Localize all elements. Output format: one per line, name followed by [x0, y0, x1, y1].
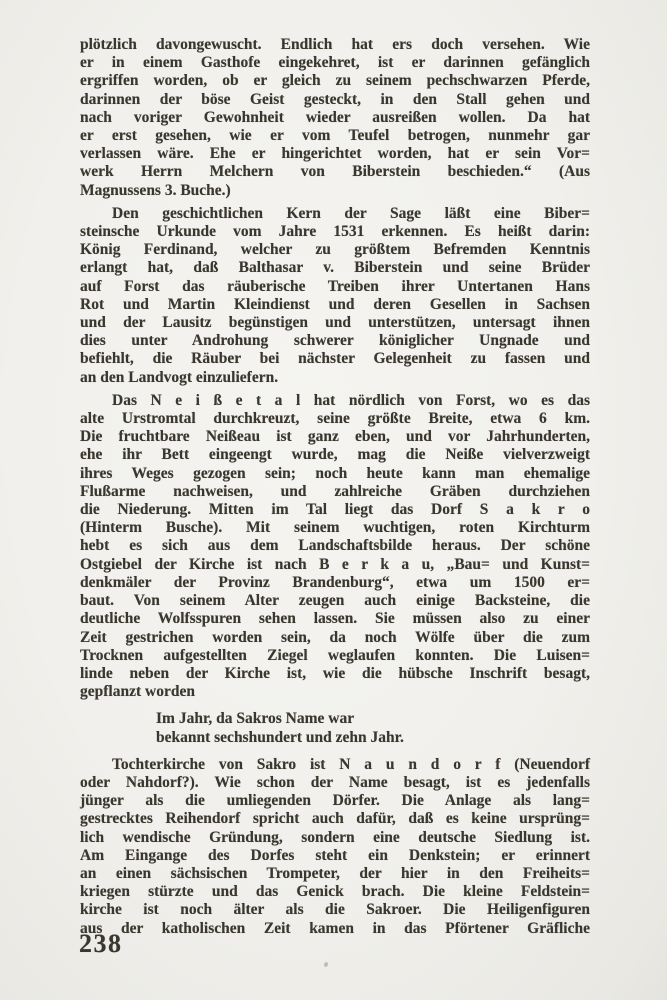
text-line: hebt es sich aus dem Landschaftsbilde he… — [80, 537, 590, 555]
text-line: die Niederung. Mitten im Tal liegt das D… — [80, 501, 590, 519]
text-line: Im Jahr, da Sakros Name war — [156, 710, 590, 728]
text-line: Flußarme nachweisen, und zahlreiche Gräb… — [80, 483, 590, 501]
page-number: 238 — [79, 929, 123, 959]
text-line: deutliche Wolfsspuren sehen lassen. Sie … — [80, 610, 590, 628]
text-line: Tochterkirche von Sakro ist N a u n d o … — [80, 756, 590, 774]
text-line: Am Eingange des Dorfes steht ein Denkste… — [80, 847, 590, 865]
text-column: plötzlich davongewuscht. Endlich hat ers… — [80, 36, 590, 938]
text-line: an einen sächsischen Trompeter, der hier… — [80, 865, 590, 883]
paragraph: Tochterkirche von Sakro ist N a u n d o … — [80, 756, 590, 938]
text-line: befiehlt, die Räuber bei nächster Gelege… — [80, 350, 590, 368]
text-line: auf Forst das räuberische Treiben ihrer … — [80, 278, 590, 296]
paragraph: Das N e i ß e t a l hat nördlich von For… — [80, 392, 590, 701]
text-line: ihres Weges gezogen sein; noch heute kan… — [80, 465, 590, 483]
text-line: Das N e i ß e t a l hat nördlich von For… — [80, 392, 590, 410]
text-line: Trocknen aufgestellten Ziegel weglaufen … — [80, 647, 590, 665]
text-line: er in einem Gasthofe eingekehret, ist er… — [80, 54, 590, 72]
text-line: ergriffen worden, ob er gleich zu seinem… — [80, 72, 590, 90]
text-line: Die fruchtbare Neißeau ist ganz eben, un… — [80, 428, 590, 446]
text-line: steinsche Urkunde vom Jahre 1531 erkenne… — [80, 223, 590, 241]
text-line: alte Urstromtal durchkreuzt, seine größt… — [80, 410, 590, 428]
text-line: linde neben der Kirche ist, wie die hübs… — [80, 665, 590, 683]
text-line: Den geschichtlichen Kern der Sage läßt e… — [80, 205, 590, 223]
text-line: baut. Von seinem Alter zeugen auch einig… — [80, 592, 590, 610]
text-line: Zeit gestrichen worden sein, da noch Wöl… — [80, 629, 590, 647]
text-line: dies unter Androhung schwerer königliche… — [80, 332, 590, 350]
text-line: gestrecktes Reihendorf spricht auch dafü… — [80, 810, 590, 828]
text-line: Rot und Martin Kleindienst und deren Ges… — [80, 296, 590, 314]
text-line: erlangt hat, daß Balthasar v. Biberstein… — [80, 259, 590, 277]
scan-speck — [82, 928, 85, 932]
text-line: verlassen wäre. Ehe er hingerichtet word… — [80, 145, 590, 163]
text-line: er erst gesehen, wie er vom Teufel betro… — [80, 127, 590, 145]
scanned-book-page: plötzlich davongewuscht. Endlich hat ers… — [0, 0, 667, 1000]
text-line: Ostgiebel der Kirche ist nach B e r k a … — [80, 556, 590, 574]
verse-block: Im Jahr, da Sakros Name warbekannt sechs… — [156, 710, 590, 746]
text-line: ehe ihr Bett eingeengt wurde, mag die Ne… — [80, 446, 590, 464]
scan-speck — [323, 961, 328, 967]
text-line: Magnussens 3. Buche.) — [80, 182, 590, 200]
text-line: kriegen stürzte und das Genick brach. Di… — [80, 883, 590, 901]
text-line: kirche ist noch älter als die Sakroer. D… — [80, 901, 590, 919]
text-line: bekannt sechshundert und zehn Jahr. — [156, 729, 590, 747]
text-line: oder Nahdorf?). Wie schon der Name besag… — [80, 774, 590, 792]
text-line: und der Lausitz begünstigen und unterstü… — [80, 314, 590, 332]
text-line: König Ferdinand, welcher zu größtem Befr… — [80, 241, 590, 259]
paragraph: Den geschichtlichen Kern der Sage läßt e… — [80, 205, 590, 387]
paragraph: plötzlich davongewuscht. Endlich hat ers… — [80, 36, 590, 200]
text-line: plötzlich davongewuscht. Endlich hat ers… — [80, 36, 590, 54]
text-line: darinnen der böse Geist gesteckt, in den… — [80, 91, 590, 109]
text-line: nach voriger Gewohnheit wieder ausreißen… — [80, 109, 590, 127]
text-line: jünger als die umliegenden Dörfer. Die A… — [80, 792, 590, 810]
text-line: an den Landvogt einzuliefern. — [80, 369, 590, 387]
text-line: werk Herrn Melchern von Biberstein besch… — [80, 163, 590, 181]
text-line: (Hinterm Busche). Mit seinem wuchtigen, … — [80, 519, 590, 537]
text-line: lich wendische Gründung, sondern eine de… — [80, 829, 590, 847]
text-line: denkmäler der Provinz Brandenburg“, etwa… — [80, 574, 590, 592]
text-line: gepflanzt worden — [80, 683, 590, 701]
text-line: aus der katholischen Zeit kamen in das P… — [80, 920, 590, 938]
